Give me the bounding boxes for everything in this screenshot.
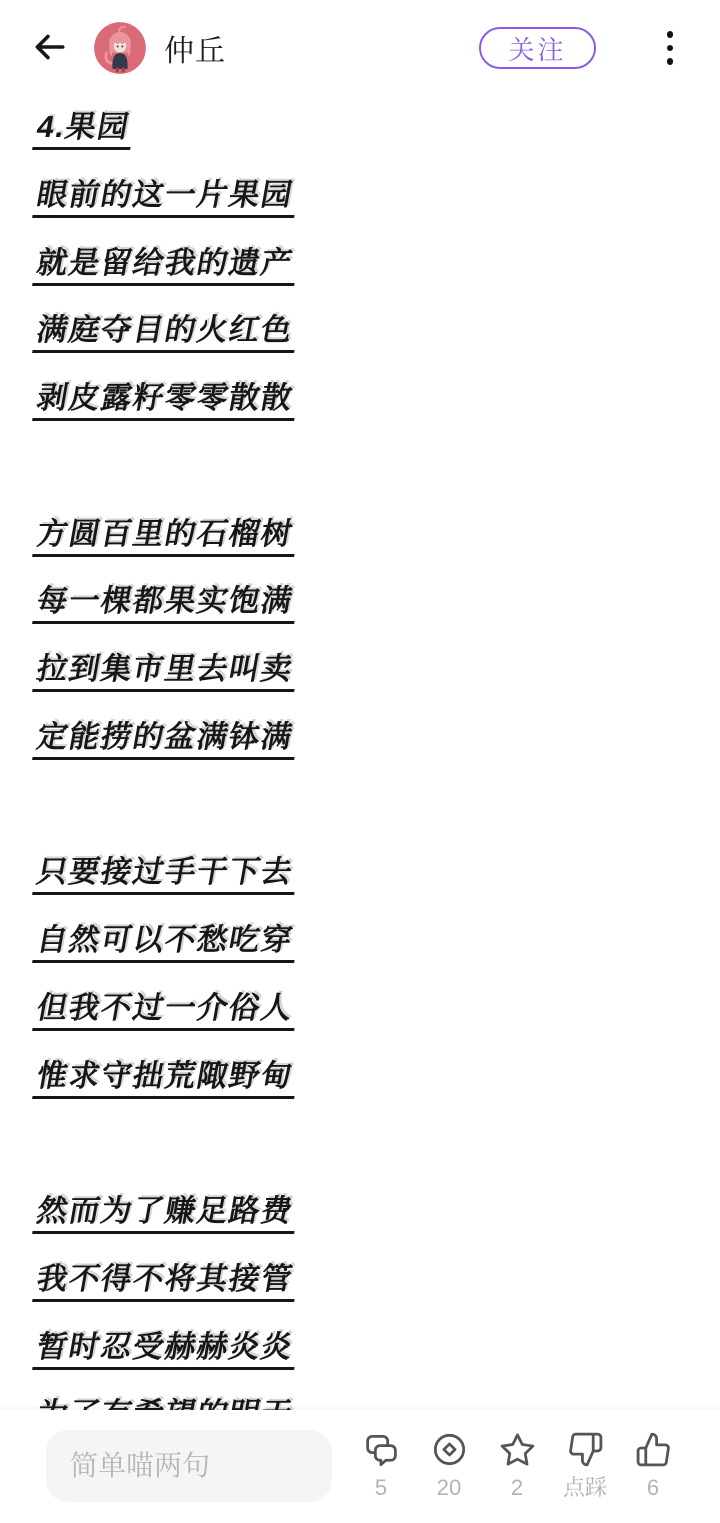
top-bar: 仲丘 关注: [0, 0, 720, 96]
poem-line: 4.果园: [32, 99, 720, 167]
star-button[interactable]: 2: [483, 1410, 551, 1523]
poem-line: 定能捞的盆满钵满: [32, 709, 720, 777]
actions-row: 5 20 2: [347, 1410, 687, 1523]
follow-button[interactable]: 关注: [479, 27, 596, 69]
username: 仲丘: [164, 26, 226, 70]
poem-line: 惟求守拙荒陬野甸: [32, 1048, 720, 1116]
poem-line: 每一棵都果实饱满: [32, 573, 720, 641]
poem-line: 剥皮露籽零零散散: [32, 370, 720, 438]
avatar[interactable]: [94, 22, 146, 74]
poem-blank-line: [32, 438, 720, 506]
downvote-button[interactable]: 点踩: [551, 1410, 619, 1523]
poem-line: 但我不过一介俗人: [32, 980, 720, 1048]
poem-line: 为了有希望的明天: [32, 1386, 720, 1410]
poem: 4.果园眼前的这一片果园就是留给我的遗产满庭夺目的火红色剥皮露籽零零散散方圆百里…: [32, 99, 720, 1410]
poem-blank-line: [32, 1115, 720, 1183]
poem-line: 就是留给我的遗产: [32, 235, 720, 303]
more-options-button[interactable]: [658, 25, 682, 71]
star-icon: [499, 1431, 536, 1468]
back-button[interactable]: [26, 25, 72, 71]
poem-line: 只要接过手干下去: [32, 844, 720, 912]
coin-button[interactable]: 20: [415, 1410, 483, 1523]
star-count: 2: [511, 1475, 523, 1501]
back-arrow-icon: [30, 28, 68, 69]
comment-button[interactable]: 5: [347, 1410, 415, 1523]
poem-line: 然而为了赚足路费: [32, 1183, 720, 1251]
upvote-button[interactable]: 6: [619, 1410, 687, 1523]
thumbs-up-icon: [635, 1431, 672, 1468]
poem-line: 我不得不将其接管: [32, 1251, 720, 1319]
thumbs-down-icon: [567, 1431, 604, 1468]
poem-line: 方圆百里的石榴树: [32, 506, 720, 574]
poem-line: 拉到集市里去叫卖: [32, 641, 720, 709]
downvote-label: 点踩: [563, 1475, 607, 1501]
poem-blank-line: [32, 777, 720, 845]
screen: 仲丘 关注 4.果园眼前的这一片果园就是留给我的遗产满庭夺目的火红色剥皮露籽零零…: [0, 0, 720, 1523]
poem-line: 眼前的这一片果园: [32, 167, 720, 235]
comment-input[interactable]: [46, 1430, 332, 1502]
comment-count: 5: [375, 1475, 387, 1501]
coin-icon: [431, 1431, 468, 1468]
poem-line: 满庭夺目的火红色: [32, 302, 720, 370]
coin-count: 20: [437, 1475, 461, 1501]
comment-bubbles-icon: [363, 1431, 400, 1468]
upvote-count: 6: [647, 1475, 659, 1501]
poem-line: 自然可以不愁吃穿: [32, 912, 720, 980]
poem-line: 暂时忍受赫赫炎炎: [32, 1319, 720, 1387]
bottom-action-bar: 5 20 2: [0, 1410, 720, 1523]
